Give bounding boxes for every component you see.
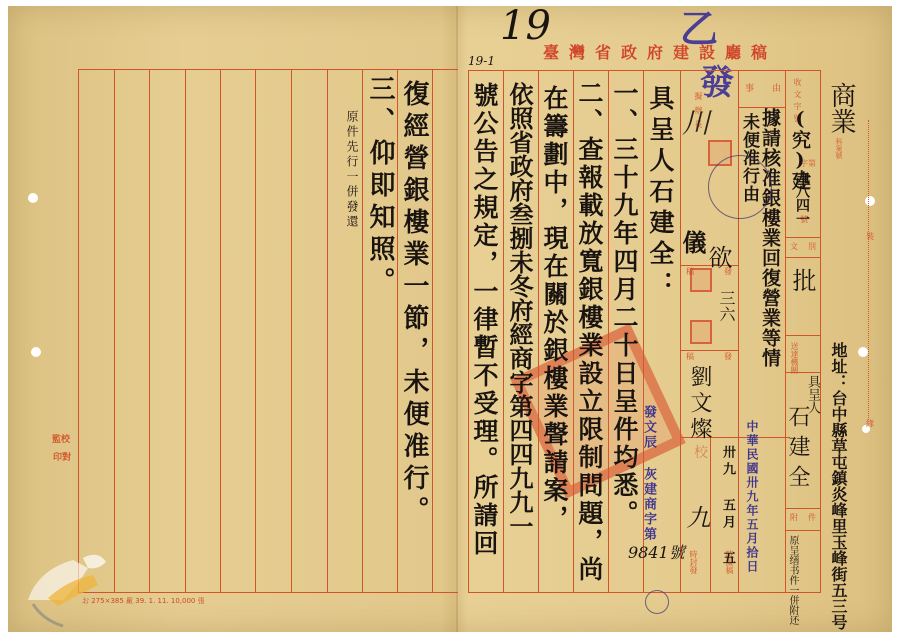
issue-number: 9841號 xyxy=(628,545,685,561)
right-grid-top-border xyxy=(468,70,820,71)
receipt-number: 九八四一 xyxy=(795,170,809,226)
body-column-2: 二、查報載放寬銀樓業設立限制問題，尚 xyxy=(577,80,602,584)
issuance-stamp-text: 發文辰 灰建商字第 xyxy=(642,405,655,555)
archive-logo-icon xyxy=(18,540,118,630)
check-date: 九 xyxy=(684,505,708,529)
left-grid-line xyxy=(291,69,292,593)
binding-dotted-line xyxy=(868,120,869,420)
address: 地址：台中縣草屯鎮炎峰里玉峰街五三号 xyxy=(830,342,846,630)
right-grid-line xyxy=(710,437,711,593)
punch-hole xyxy=(858,347,868,357)
signature-1: 川 xyxy=(680,108,708,136)
margin-note: 原件先行一併發還 xyxy=(346,110,358,230)
punch-hole xyxy=(28,193,38,203)
signature-4: 三六 xyxy=(718,290,734,322)
signature-2: 儀 xyxy=(680,230,704,254)
date-stamp: 中華民國卅九年五月拾日 xyxy=(746,420,758,574)
left-grid-line xyxy=(327,69,328,593)
drafter-name: 劉文燦 xyxy=(688,365,710,443)
category-label: 科案號 xyxy=(835,138,842,159)
left-grid-line xyxy=(185,69,186,593)
body-column-8: 三、仰即知照。 xyxy=(367,75,393,299)
right-grid-hline xyxy=(785,257,820,258)
left-grid-line xyxy=(432,69,433,593)
seal-stamp-small xyxy=(690,320,712,344)
label-subject: 事由 xyxy=(745,85,799,94)
punch-hole xyxy=(31,347,41,357)
top-right-mark: 乙 xyxy=(680,10,718,48)
punch-hole xyxy=(865,196,875,206)
right-grid-line xyxy=(503,70,504,593)
right-grid-hline xyxy=(785,237,820,238)
right-grid-line xyxy=(680,70,681,593)
right-grid-hline xyxy=(785,335,820,336)
body-column-3: 在籌劃中，現在關於銀樓業聲請案， xyxy=(542,85,567,533)
label-supervise-print: 監校 xyxy=(52,436,70,445)
seal-stamp-small xyxy=(690,268,712,292)
left-grid-line xyxy=(114,69,115,593)
left-grid-line xyxy=(397,69,398,593)
right-grid-bottom-border xyxy=(468,592,820,593)
body-column-4: 依照省政府叁捌未冬府經商字第四四九九一 xyxy=(507,82,531,538)
label-doc-type: 文別 xyxy=(790,243,826,251)
signature-3: 欲 xyxy=(706,245,730,269)
left-grid-top-border xyxy=(78,69,458,70)
issue-mark: 發 xyxy=(700,66,734,100)
doc-type-value: 批 xyxy=(790,268,814,292)
right-grid-hline xyxy=(785,530,820,531)
category-value: 商業 xyxy=(828,82,854,134)
right-grid-line xyxy=(538,70,539,593)
label-check-time: 時封發 xyxy=(689,550,697,574)
label-draft-2: 稿 xyxy=(686,353,694,361)
body-column-1: 一、三十九年四月二十日呈件均悉。 xyxy=(612,80,637,528)
right-grid-hline xyxy=(680,350,738,351)
attachment-value: 原呈缮书件一併附还 xyxy=(787,535,797,625)
right-grid-line xyxy=(785,70,786,593)
left-grid-line xyxy=(78,69,79,593)
draft-date: 卅九 五月 五 xyxy=(721,445,734,568)
body-column-7: 復經營銀樓業一節，未便准行。 xyxy=(401,80,427,528)
label-print: 印對 xyxy=(53,454,71,463)
round-postmark xyxy=(708,155,772,219)
file-number-handwritten: 19 xyxy=(500,6,551,46)
body-salutation: 具呈人石建全： xyxy=(648,85,673,302)
body-column-5: 號公告之規定，一律暫不受理。所請回 xyxy=(472,82,497,558)
label-issue-2: 發 xyxy=(724,353,732,361)
right-grid-line xyxy=(573,70,574,593)
right-grid-hline xyxy=(785,508,820,509)
label-binding-2: 緣 xyxy=(866,420,874,428)
label-check: 校 xyxy=(694,446,708,460)
recipient-name: 石建全 xyxy=(786,405,808,495)
round-issue-stamp xyxy=(645,590,669,614)
file-number-small: 19-1 xyxy=(468,55,495,67)
label-recipient: 送達機關 xyxy=(790,342,798,374)
left-grid-line xyxy=(362,69,363,593)
left-grid-bottom-border xyxy=(78,592,458,593)
subject-line-1: 據請核准銀樓業回復營業等情 xyxy=(760,108,779,368)
right-grid-line xyxy=(608,70,609,593)
right-grid-line xyxy=(468,70,469,593)
page-fold xyxy=(456,6,458,632)
label-attachment: 附件 xyxy=(790,514,826,522)
left-grid-line xyxy=(149,69,150,593)
left-grid-line xyxy=(255,69,256,593)
document-header-title: 臺灣省政府建設廳稿 xyxy=(520,40,800,63)
label-issue: 發 xyxy=(724,268,732,276)
left-grid-line xyxy=(220,69,221,593)
